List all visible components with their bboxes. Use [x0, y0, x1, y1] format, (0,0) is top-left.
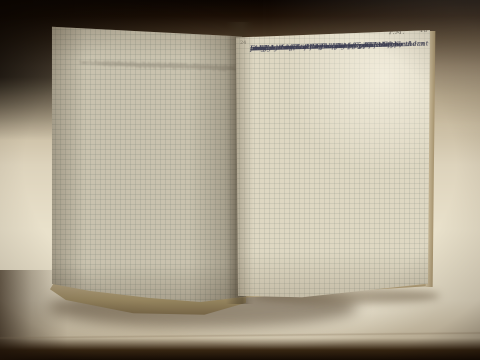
left-page-shading: [50, 24, 248, 302]
right-page-shading: [234, 28, 434, 300]
right-page: P.M. 18 240 24 Another cut was made in 5…: [234, 28, 434, 300]
notebook-photo: roughly 50-65 cm below surface of the no…: [0, 0, 480, 360]
left-page: roughly 50-65 cm below surface of the no…: [50, 24, 248, 302]
